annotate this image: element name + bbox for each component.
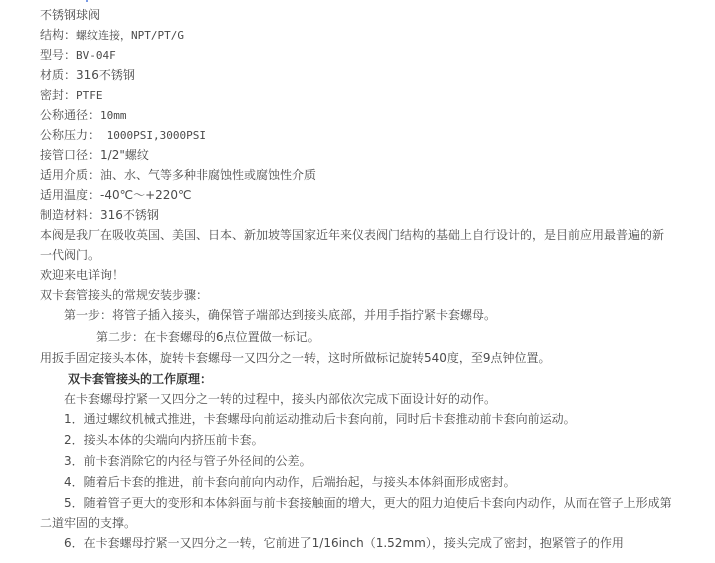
principle-item-5: 5．随着管子更大的变形和本体斜面与前卡套接触面的增大，更大的阻力迫使后卡套向内动… [40, 493, 680, 533]
spec-value: 螺纹连接，NPT/PT/G [76, 29, 184, 42]
spec-value: 1/2"螺纹 [100, 148, 149, 162]
spec-label: 接管口径： [40, 148, 100, 162]
spec-value: 316不锈钢 [100, 208, 159, 222]
installation-heading: 双卡套管接头的常规安装步骤： [40, 285, 208, 305]
spec-value: 10mm [100, 109, 127, 122]
spec-label: 密封： [40, 88, 76, 102]
product-description: 本阀是我厂在吸收英国、美国、日本、新加坡等国家近年来仪表阀门结构的基础上自行设计… [40, 225, 670, 265]
principle-item-2: 2．接头本体的尖端向内挤压前卡套。 [64, 430, 264, 450]
spec-structure: 结构：螺纹连接，NPT/PT/G [40, 25, 184, 45]
spec-value: BV-04F [76, 49, 116, 62]
spec-nominal-pressure: 公称压力： 1000PSI,3000PSI [40, 125, 206, 145]
principle-intro: 在卡套螺母拧紧一又四分之一转的过程中，接头内部依次完成下面设计好的动作。 [64, 389, 496, 409]
product-title: 不锈钢球阀 [40, 5, 100, 25]
spec-label: 制造材料： [40, 208, 100, 222]
spec-label: 公称通径： [40, 108, 100, 122]
spec-label: 结构： [40, 28, 76, 42]
spec-value: PTFE [76, 89, 103, 102]
spec-value: 油、水、气等多种非腐蚀性或腐蚀性介质 [100, 168, 316, 182]
principle-item-3: 3．前卡套消除它的内径与管子外径间的公差。 [64, 451, 312, 471]
spec-label: 适用温度： [40, 188, 100, 202]
spec-label: 公称压力： [40, 128, 100, 142]
spec-value: 316不锈钢 [76, 68, 135, 82]
principle-item-4: 4．随着后卡套的推进，前卡套向前向内动作，后端抬起，与接头本体斜面形成密封。 [64, 472, 516, 492]
spec-pipe-size: 接管口径：1/2"螺纹 [40, 145, 149, 165]
installation-step-1: 第一步：将管子插入接头，确保管子端部达到接头底部，并用手指拧紧卡套螺母。 [64, 305, 496, 325]
spec-value: 1000PSI,3000PSI [100, 129, 206, 142]
spec-nominal-diameter: 公称通径：10mm [40, 105, 127, 125]
spec-label: 适用介质： [40, 168, 100, 182]
spec-material: 材质：316不锈钢 [40, 65, 135, 85]
spec-model: 型号：BV-04F [40, 45, 116, 65]
principle-item-1: 1．通过螺纹机械式推进，卡套螺母向前运动推动后卡套向前，同时后卡套推动前卡套向前… [64, 409, 576, 429]
installation-step-2: 第二步：在卡套螺母的6点位置做一标记。 [96, 327, 320, 347]
spec-label: 材质： [40, 68, 76, 82]
principle-item-6: 6．在卡套螺母拧紧一又四分之一转，它前进了1/16inch（1.52mm），接头… [64, 533, 624, 553]
top-edge-mark [86, 0, 88, 2]
spec-temperature: 适用温度：-40℃～+220℃ [40, 185, 192, 205]
spec-seal: 密封：PTFE [40, 85, 103, 105]
installation-step-3: 用扳手固定接头本体，旋转卡套螺母一又四分之一转，这时所做标记旋转540度，至9点… [40, 348, 551, 368]
spec-media: 适用介质：油、水、气等多种非腐蚀性或腐蚀性介质 [40, 165, 316, 185]
contact-note: 欢迎来电详询！ [40, 265, 124, 285]
spec-value: -40℃～+220℃ [100, 188, 192, 202]
spec-label: 型号： [40, 48, 76, 62]
principle-heading: 双卡套管接头的工作原理： [68, 369, 212, 389]
spec-manufacture-material: 制造材料：316不锈钢 [40, 205, 159, 225]
